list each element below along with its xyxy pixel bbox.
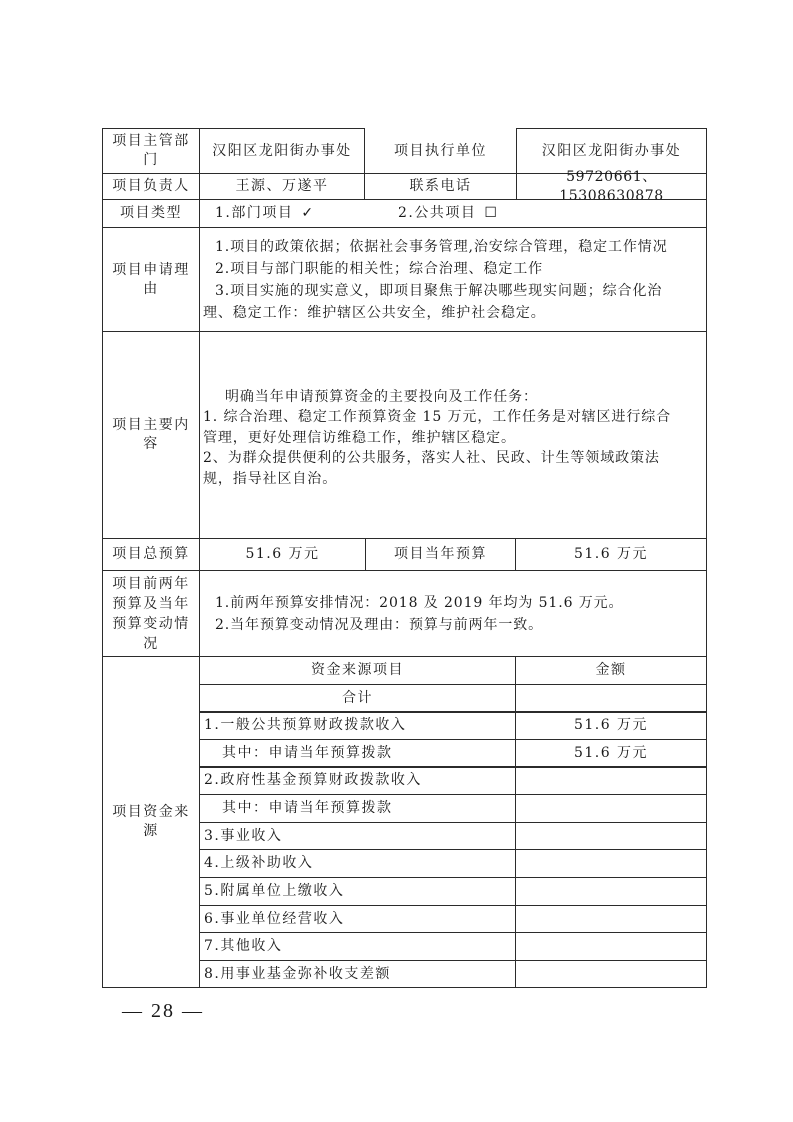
- funding-row-2a-amount: [515, 794, 707, 823]
- funding-source-text: 8.用事业基金弥补收支差额: [204, 965, 391, 984]
- reason-label-cell: 项目申请理由: [102, 227, 200, 332]
- empty-checkbox-icon: ☐: [484, 204, 498, 223]
- content-line-3: 管理，更好处理信访维稳工作，维护辖区稳定。: [203, 428, 703, 449]
- content-body-cell: 明确当年申请预算资金的主要投向及工作任务： 1. 综合治理、稳定工作预算资金 1…: [199, 331, 707, 539]
- funding-row-2-amount: [515, 766, 707, 795]
- type-option-department[interactable]: 1.部门项目 ✓: [215, 200, 315, 227]
- dept-value: 汉阳区龙阳街办事处: [212, 142, 352, 161]
- funding-row-1-source: 1.一般公共预算财政拨款收入: [199, 711, 516, 740]
- funding-source-text: 合计: [342, 689, 373, 708]
- funding-header-amount-label: 金额: [596, 661, 627, 680]
- funding-source-text: 其中：申请当年预算拨款: [222, 744, 393, 763]
- funding-label: 项目资金来源: [108, 803, 194, 841]
- funding-row-7-amount: [515, 932, 707, 961]
- funding-label-cell: 项目资金来源: [102, 656, 200, 988]
- current-budget-label-cell: 项目当年预算: [365, 538, 516, 571]
- exec-label-cell: 项目执行单位: [364, 128, 517, 174]
- dept-label: 项目主管部门: [108, 132, 194, 170]
- reason-line-4: 理、稳定工作：维护辖区公共安全，维护社会稳定。: [203, 302, 703, 324]
- type-label-cell: 项目类型: [102, 199, 200, 228]
- funding-row-total-source: 合计: [199, 684, 516, 713]
- funding-source-text: 3.事业收入: [204, 827, 282, 846]
- funding-row-4-source: 4.上级补助收入: [199, 849, 516, 878]
- content-label-cell: 项目主要内容: [102, 331, 200, 539]
- type-options-cell: 1.部门项目 ✓ 2.公共项目 ☐: [199, 199, 707, 228]
- total-budget-label-cell: 项目总预算: [102, 538, 200, 571]
- content-line-2: 1. 综合治理、稳定工作预算资金 15 万元，工作任务是对辖区进行综合: [203, 407, 703, 428]
- funding-row-5-amount: [515, 877, 707, 906]
- content-line-1: 明确当年申请预算资金的主要投向及工作任务：: [203, 387, 703, 408]
- content-line-4: 2、为群众提供便利的公共服务，落实人社、民政、计生等领域政策法: [203, 448, 703, 469]
- history-content-cell: 1.前两年预算安排情况：2018 及 2019 年均为 51.6 万元。 2.当…: [199, 570, 707, 657]
- funding-source-text: 其中：申请当年预算拨款: [222, 799, 393, 818]
- reason-content-cell: 1.项目的政策依据；依据社会事务管理,治安综合管理，稳定工作情况 2.项目与部门…: [199, 227, 707, 332]
- exec-label: 项目执行单位: [394, 142, 487, 161]
- page-number: — 28 —: [122, 1000, 204, 1023]
- funding-row-3-amount: [515, 822, 707, 850]
- reason-line-3: 3.项目实施的现实意义，即项目聚焦于解决哪些现实问题；综合化治: [203, 280, 703, 302]
- reason-label: 项目申请理由: [108, 261, 194, 299]
- funding-row-1a-source: 其中：申请当年预算拨款: [199, 739, 516, 768]
- total-budget-label: 项目总预算: [112, 545, 190, 564]
- funding-row-8-source: 8.用事业基金弥补收支差额: [199, 960, 516, 988]
- owner-label: 项目负责人: [112, 177, 190, 196]
- type-option-department-label: 1.部门项目: [215, 204, 293, 223]
- history-line-2: 2.当年预算变动情况及理由：预算与前两年一致。: [203, 614, 703, 636]
- owner-value: 王源、万遂平: [236, 177, 329, 196]
- phone-label: 联系电话: [410, 177, 472, 196]
- funding-source-text: 4.上级补助收入: [204, 854, 313, 873]
- owner-label-cell: 项目负责人: [102, 173, 200, 200]
- total-budget-value-cell: 51.6 万元: [199, 538, 366, 571]
- funding-row-8-amount: [515, 960, 707, 988]
- current-budget-label: 项目当年预算: [394, 545, 487, 564]
- funding-row-5-source: 5.附属单位上缴收入: [199, 877, 516, 906]
- content-label: 项目主要内容: [108, 416, 194, 454]
- document-page: 项目主管部门 汉阳区龙阳街办事处 项目执行单位 汉阳区龙阳街办事处 项目负责人 …: [0, 0, 793, 1122]
- funding-source-text: 6.事业单位经营收入: [204, 910, 344, 929]
- current-budget-value-cell: 51.6 万元: [515, 538, 707, 571]
- funding-row-2a-source: 其中：申请当年预算拨款: [199, 794, 516, 823]
- dept-value-cell: 汉阳区龙阳街办事处: [199, 128, 365, 174]
- funding-row-6-source: 6.事业单位经营收入: [199, 905, 516, 933]
- funding-row-7-source: 7.其他收入: [199, 932, 516, 961]
- funding-row-1a-amount: 51.6 万元: [515, 739, 707, 768]
- content-line-5: 规，指导社区自治。: [203, 469, 703, 490]
- dept-label-cell: 项目主管部门: [102, 128, 200, 174]
- funding-source-text: 7.其他收入: [204, 937, 282, 956]
- history-label: 项目前两年预算及当年预算变动情况: [108, 574, 194, 654]
- total-budget-value: 51.6 万元: [245, 545, 319, 564]
- history-label-cell: 项目前两年预算及当年预算变动情况: [102, 570, 200, 657]
- funding-source-text: 5.附属单位上缴收入: [204, 882, 344, 901]
- funding-row-1-amount: 51.6 万元: [515, 711, 707, 740]
- reason-line-2: 2.项目与部门职能的相关性；综合治理、稳定工作: [203, 258, 703, 280]
- exec-value: 汉阳区龙阳街办事处: [542, 142, 682, 161]
- reason-line-1: 1.项目的政策依据；依据社会事务管理,治安综合管理，稳定工作情况: [203, 236, 703, 258]
- funding-row-total-amount: [515, 684, 707, 713]
- funding-amount-text: 51.6 万元: [574, 744, 648, 763]
- funding-header-amount: 金额: [515, 656, 707, 685]
- current-budget-value: 51.6 万元: [574, 545, 648, 564]
- funding-row-4-amount: [515, 849, 707, 878]
- funding-row-2-source: 2.政府性基金预算财政拨款收入: [199, 766, 516, 795]
- funding-source-text: 2.政府性基金预算财政拨款收入: [204, 771, 422, 790]
- funding-row-6-amount: [515, 905, 707, 933]
- phone-value-cell: 59720661、15308630878: [516, 173, 707, 200]
- history-line-1: 1.前两年预算安排情况：2018 及 2019 年均为 51.6 万元。: [203, 592, 703, 614]
- type-label: 项目类型: [120, 204, 182, 223]
- funding-header-source: 资金来源项目: [199, 656, 516, 685]
- type-option-public-label: 2.公共项目: [398, 204, 476, 223]
- owner-value-cell: 王源、万遂平: [199, 173, 365, 200]
- funding-source-text: 1.一般公共预算财政拨款收入: [204, 716, 406, 735]
- phone-label-cell: 联系电话: [364, 173, 517, 200]
- type-option-public[interactable]: 2.公共项目 ☐: [398, 200, 498, 227]
- funding-header-source-label: 资金来源项目: [311, 661, 404, 680]
- funding-row-3-source: 3.事业收入: [199, 822, 516, 850]
- checkmark-icon: ✓: [301, 204, 314, 223]
- funding-amount-text: 51.6 万元: [574, 716, 648, 735]
